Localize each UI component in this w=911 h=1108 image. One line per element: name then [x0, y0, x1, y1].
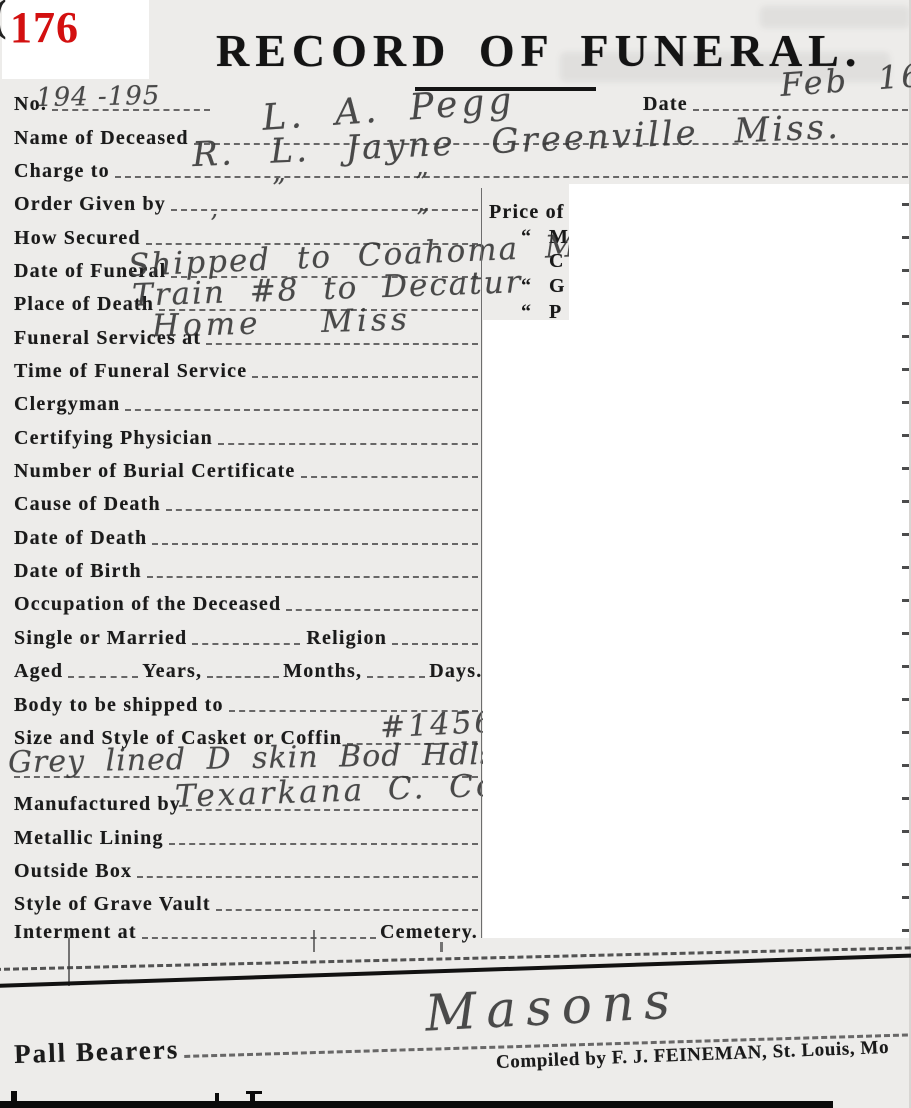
field-metallic-lining: Metallic Lining — [14, 822, 478, 848]
dotted-line — [125, 409, 478, 411]
column-divider-rule — [481, 188, 482, 938]
dotted-line — [252, 376, 478, 378]
right-edge-dash-ticks — [902, 203, 909, 935]
cut-off-mark — [11, 1091, 17, 1102]
dotted-line — [169, 843, 478, 845]
handwritten-date: Feb 16 — [779, 59, 911, 101]
funeral-record-document: ( 176 RECORD OF FUNERAL. No. Date Name o… — [0, 0, 911, 1108]
handwritten-pall-bearers: Masons — [424, 975, 681, 1038]
dotted-line — [68, 676, 138, 678]
field-label: Style of Grave Vault — [14, 894, 216, 914]
dotted-line — [166, 509, 478, 511]
field-label: Months, — [279, 661, 367, 681]
dotted-line — [218, 443, 478, 445]
field-aged: Aged Years, Months, Days. — [14, 655, 464, 681]
field-label: Aged — [14, 661, 68, 681]
field-label: Date of Birth — [14, 561, 147, 581]
field-label: Name of Deceased — [14, 128, 194, 148]
handwritten-ditto-mark: ’ — [210, 212, 218, 236]
field-label: Single or Married — [14, 628, 192, 648]
field-label: Order Given by — [14, 194, 171, 214]
ditto-mark: “ — [521, 302, 549, 322]
field-label: Occupation of the Deceased — [14, 594, 286, 614]
field-single-or-married-religion: Single or Married Religion — [14, 622, 478, 648]
field-label: Cause of Death — [14, 494, 166, 514]
ink-bracket-mark: ( — [0, 0, 7, 41]
dotted-line — [206, 343, 478, 345]
handwritten-record-number: 194 -195 — [36, 83, 161, 111]
blank-cover-box — [569, 184, 909, 320]
field-label: Outside Box — [14, 861, 137, 881]
field-label: Clergyman — [14, 394, 125, 414]
dotted-line — [192, 643, 300, 645]
dotted-line — [147, 576, 478, 578]
page-title: RECORD OF FUNERAL. — [216, 24, 862, 77]
field-certifying-physician: Certifying Physician — [14, 422, 478, 448]
field-cause-of-death: Cause of Death — [14, 488, 478, 514]
stray-mark — [440, 942, 443, 952]
stray-mark — [313, 930, 315, 952]
cut-off-mark — [215, 1093, 219, 1102]
field-date-of-birth: Date of Birth — [14, 555, 478, 581]
handwritten-ditto-mark: ” — [415, 170, 428, 196]
field-label: Number of Burial Certificate — [14, 461, 301, 481]
field-label: Date — [643, 94, 693, 114]
page-number-stamp: 176 — [10, 2, 79, 53]
field-date-of-death: Date of Death — [14, 522, 478, 548]
blank-cover-box — [483, 320, 909, 938]
field-label: Certifying Physician — [14, 428, 218, 448]
field-clergyman: Clergyman — [14, 388, 478, 414]
dotted-line — [216, 909, 478, 911]
dotted-line — [286, 609, 478, 611]
price-column-label: P — [549, 302, 562, 322]
handwritten-ditto-mark: ” — [416, 206, 429, 232]
field-label: Religion — [300, 628, 392, 648]
dotted-line — [152, 543, 478, 545]
handwritten-ditto-mark: ” — [272, 176, 285, 202]
field-label: Days. — [425, 661, 487, 681]
price-column-row: “ G — [521, 272, 566, 296]
handwritten-funeral-services-at: Home Miss — [152, 305, 412, 343]
dotted-line — [367, 676, 425, 678]
field-order-given-by: Order Given by — [14, 188, 478, 214]
field-label: Body to be shipped to — [14, 695, 229, 715]
dotted-line — [207, 676, 279, 678]
field-outside-box: Outside Box — [14, 855, 478, 881]
field-label: Pall Bearers — [14, 1036, 185, 1068]
field-time-of-funeral-service: Time of Funeral Service — [14, 355, 478, 381]
price-column-label: G — [549, 276, 566, 296]
dotted-line — [115, 176, 908, 178]
field-label: How Secured — [14, 228, 146, 248]
field-interment-at: Interment at Cemetery. — [14, 916, 478, 942]
ditto-mark: “ — [521, 276, 549, 296]
field-style-of-grave-vault: Style of Grave Vault — [14, 888, 478, 914]
dotted-line — [137, 876, 478, 878]
stray-mark — [68, 938, 70, 986]
field-label: Time of Funeral Service — [14, 361, 252, 381]
dotted-line — [301, 476, 478, 478]
field-label: Date of Death — [14, 528, 152, 548]
cut-off-mark — [250, 1093, 255, 1102]
cut-off-next-record — [0, 1101, 833, 1108]
field-label: Charge to — [14, 161, 115, 181]
field-label: Metallic Lining — [14, 828, 169, 848]
field-occupation-of-the-deceased: Occupation of the Deceased — [14, 588, 478, 614]
field-label: Manufactured by — [14, 794, 186, 814]
dotted-line — [392, 643, 478, 645]
field-label: Cemetery. — [376, 922, 478, 942]
dotted-line — [142, 937, 376, 939]
field-label: Interment at — [14, 922, 142, 942]
field-number-of-burial-certificate: Number of Burial Certificate — [14, 455, 478, 481]
price-column-row: “ P — [521, 298, 562, 322]
field-label: Years, — [138, 661, 207, 681]
